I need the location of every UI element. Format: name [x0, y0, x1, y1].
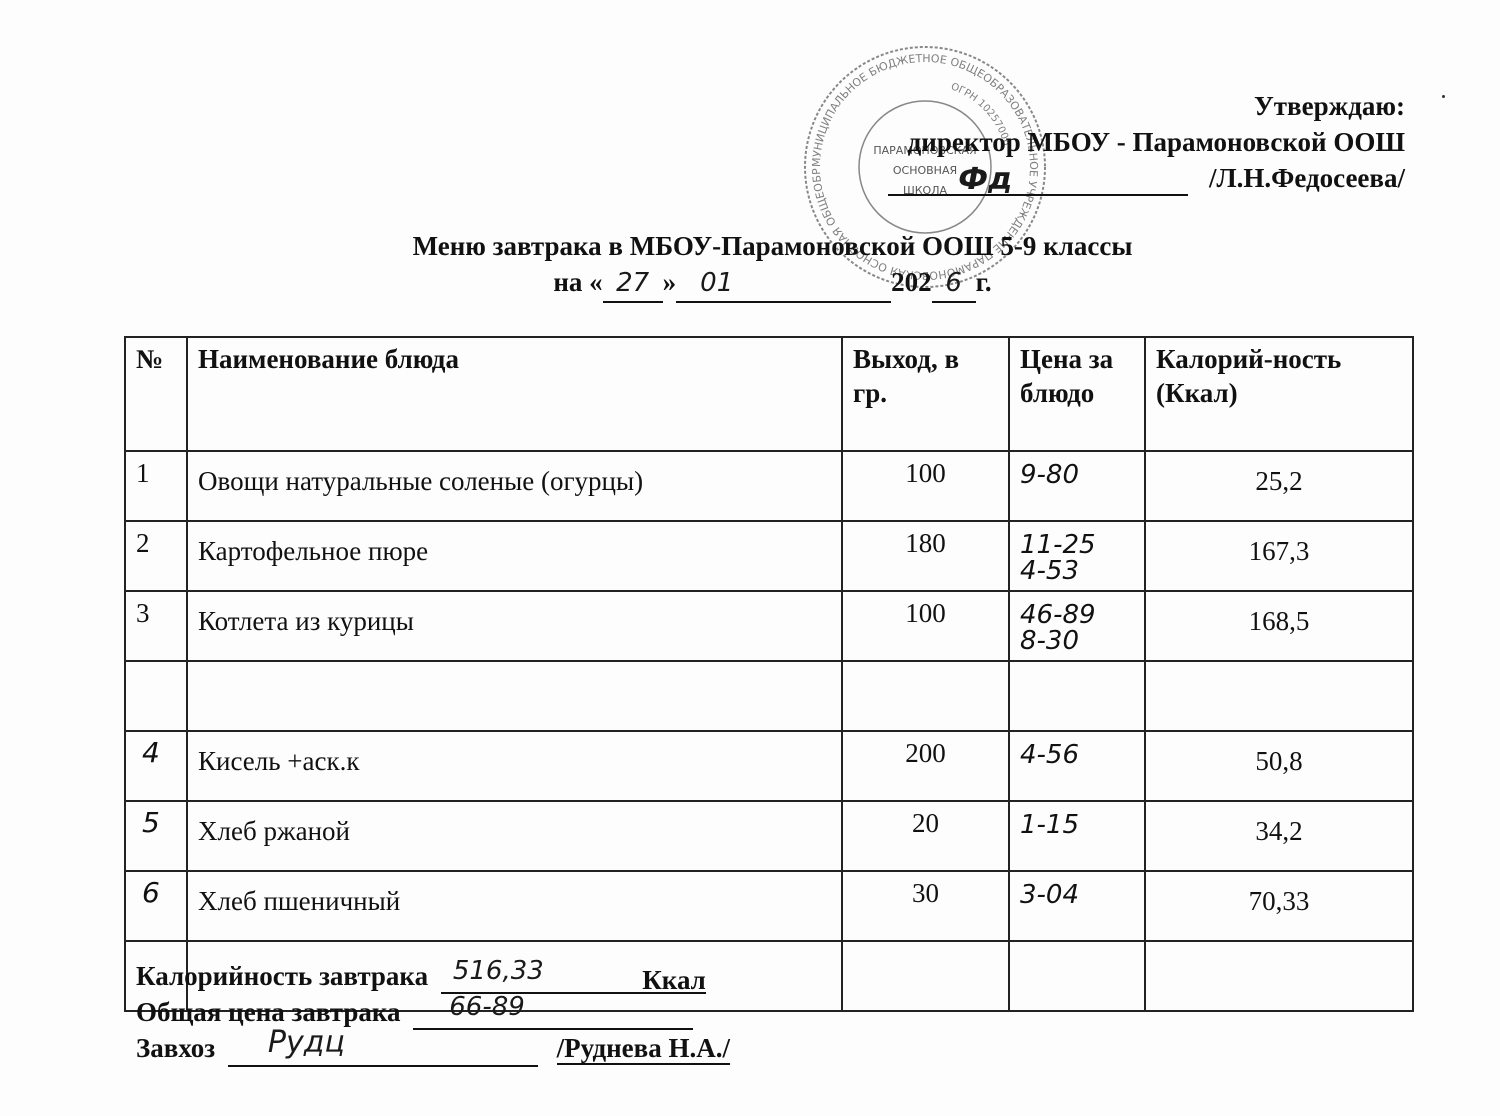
table-row: 4Кисель +аск.к2004-5650,8	[125, 731, 1413, 801]
cell-price: 4-56	[1009, 731, 1145, 801]
kcal-total-field: 516,33 Ккал	[441, 962, 706, 994]
cell-kcal: 70,33	[1145, 871, 1413, 941]
manager-name: /Руднева Н.А./	[557, 1033, 730, 1065]
date-year-suffix: г.	[976, 267, 992, 297]
cell-yield: 100	[842, 591, 1009, 661]
manager-signature: Рудц	[268, 1025, 345, 1060]
cell-yield: 20	[842, 801, 1009, 871]
director-signature: Фд	[958, 162, 1012, 198]
cell-number: 2	[125, 521, 187, 591]
cell-dish-name	[187, 661, 842, 731]
header-number: №	[125, 337, 187, 451]
cell-dish-name: Хлеб ржаной	[187, 801, 842, 871]
cell-number: 6	[125, 871, 187, 941]
cell-yield: 200	[842, 731, 1009, 801]
price-total-row: Общая цена завтрака 66-89	[136, 994, 730, 1030]
cell-kcal: 34,2	[1145, 801, 1413, 871]
cell-kcal	[1145, 661, 1413, 731]
date-year-digit: 6	[945, 268, 962, 298]
cell-price: 3-04	[1009, 871, 1145, 941]
summary-block: Калорийность завтрака 516,33 Ккал Общая …	[136, 958, 730, 1067]
cell-dish-name: Кисель +аск.к	[187, 731, 842, 801]
kcal-total-label: Калорийность завтрака	[136, 961, 428, 991]
approval-signature-row: Фд /Л.Н.Федосеева/	[888, 160, 1405, 196]
director-name: /Л.Н.Федосеева/	[1209, 163, 1405, 193]
cell-kcal: 50,8	[1145, 731, 1413, 801]
kcal-total-unit: Ккал	[642, 962, 706, 998]
date-prefix: на «	[553, 267, 602, 297]
cell-number	[125, 661, 187, 731]
manager-row: Завхоз Рудц /Руднева Н.А./	[136, 1030, 730, 1067]
cell-number: 4	[125, 731, 187, 801]
table-row: 6Хлеб пшеничный303-0470,33	[125, 871, 1413, 941]
approval-block: Утверждаю: директор МБОУ - Парамоновской…	[888, 88, 1405, 196]
director-signature-line: Фд	[888, 168, 1188, 196]
cell-price: 9-80	[1009, 451, 1145, 521]
cell-price	[1009, 661, 1145, 731]
date-month: 01	[700, 268, 733, 298]
cell-dish-name: Хлеб пшеничный	[187, 871, 842, 941]
table-row: 1Овощи натуральные соленые (огурцы)1009-…	[125, 451, 1413, 521]
cell-kcal: 167,3	[1145, 521, 1413, 591]
manager-signature-field: Рудц	[228, 1035, 538, 1067]
table-header-row: № Наименование блюда Выход, в гр. Цена з…	[125, 337, 1413, 451]
date-day: 27	[616, 268, 649, 298]
date-day-field: 27	[603, 264, 663, 303]
menu-date-line: на «27»012026г.	[0, 264, 1500, 303]
cell-price: 1-15	[1009, 801, 1145, 871]
date-year-prefix: 202	[891, 267, 932, 297]
header-yield: Выход, в гр.	[842, 337, 1009, 451]
cell-kcal: 25,2	[1145, 451, 1413, 521]
header-price: Цена за блюдо	[1009, 337, 1145, 451]
cell-yield	[842, 941, 1009, 1011]
menu-title: Меню завтрака в МБОУ-Парамоновской ООШ 5…	[0, 228, 1500, 303]
date-year-field: 6	[932, 264, 976, 303]
price-total-field: 66-89	[413, 998, 693, 1030]
cell-dish-name: Овощи натуральные соленые (огурцы)	[187, 451, 842, 521]
cell-kcal	[1145, 941, 1413, 1011]
cell-yield	[842, 661, 1009, 731]
cell-yield: 100	[842, 451, 1009, 521]
cell-kcal: 168,5	[1145, 591, 1413, 661]
cell-number: 1	[125, 451, 187, 521]
kcal-total-value: 516,33	[453, 956, 544, 986]
approval-position: директор МБОУ - Парамоновской ООШ	[888, 124, 1405, 160]
price-total-value: 66-89	[449, 992, 525, 1022]
cell-number: 5	[125, 801, 187, 871]
header-dish-name: Наименование блюда	[187, 337, 842, 451]
table-row: 3Котлета из курицы10046-89 8-30168,5	[125, 591, 1413, 661]
table-row-empty	[125, 661, 1413, 731]
price-total-label: Общая цена завтрака	[136, 997, 401, 1027]
cell-price	[1009, 941, 1145, 1011]
table-row: 5Хлеб ржаной201-1534,2	[125, 801, 1413, 871]
cell-price: 46-89 8-30	[1009, 591, 1145, 661]
cell-dish-name: Картофельное пюре	[187, 521, 842, 591]
menu-table: № Наименование блюда Выход, в гр. Цена з…	[124, 336, 1414, 1012]
menu-title-line: Меню завтрака в МБОУ-Парамоновской ООШ 5…	[0, 228, 1500, 264]
date-month-field: 01	[676, 264, 891, 303]
scan-speck	[1442, 95, 1445, 98]
manager-label: Завхоз	[136, 1033, 215, 1063]
date-day-suffix: »	[663, 267, 677, 297]
cell-price: 11-25 4-53	[1009, 521, 1145, 591]
cell-dish-name: Котлета из курицы	[187, 591, 842, 661]
cell-yield: 180	[842, 521, 1009, 591]
cell-number: 3	[125, 591, 187, 661]
table-row: 2Картофельное пюре18011-25 4-53167,3	[125, 521, 1413, 591]
header-kcal: Калорий-ность (Ккал)	[1145, 337, 1413, 451]
approval-heading: Утверждаю:	[888, 88, 1405, 124]
kcal-total-row: Калорийность завтрака 516,33 Ккал	[136, 958, 730, 994]
cell-yield: 30	[842, 871, 1009, 941]
